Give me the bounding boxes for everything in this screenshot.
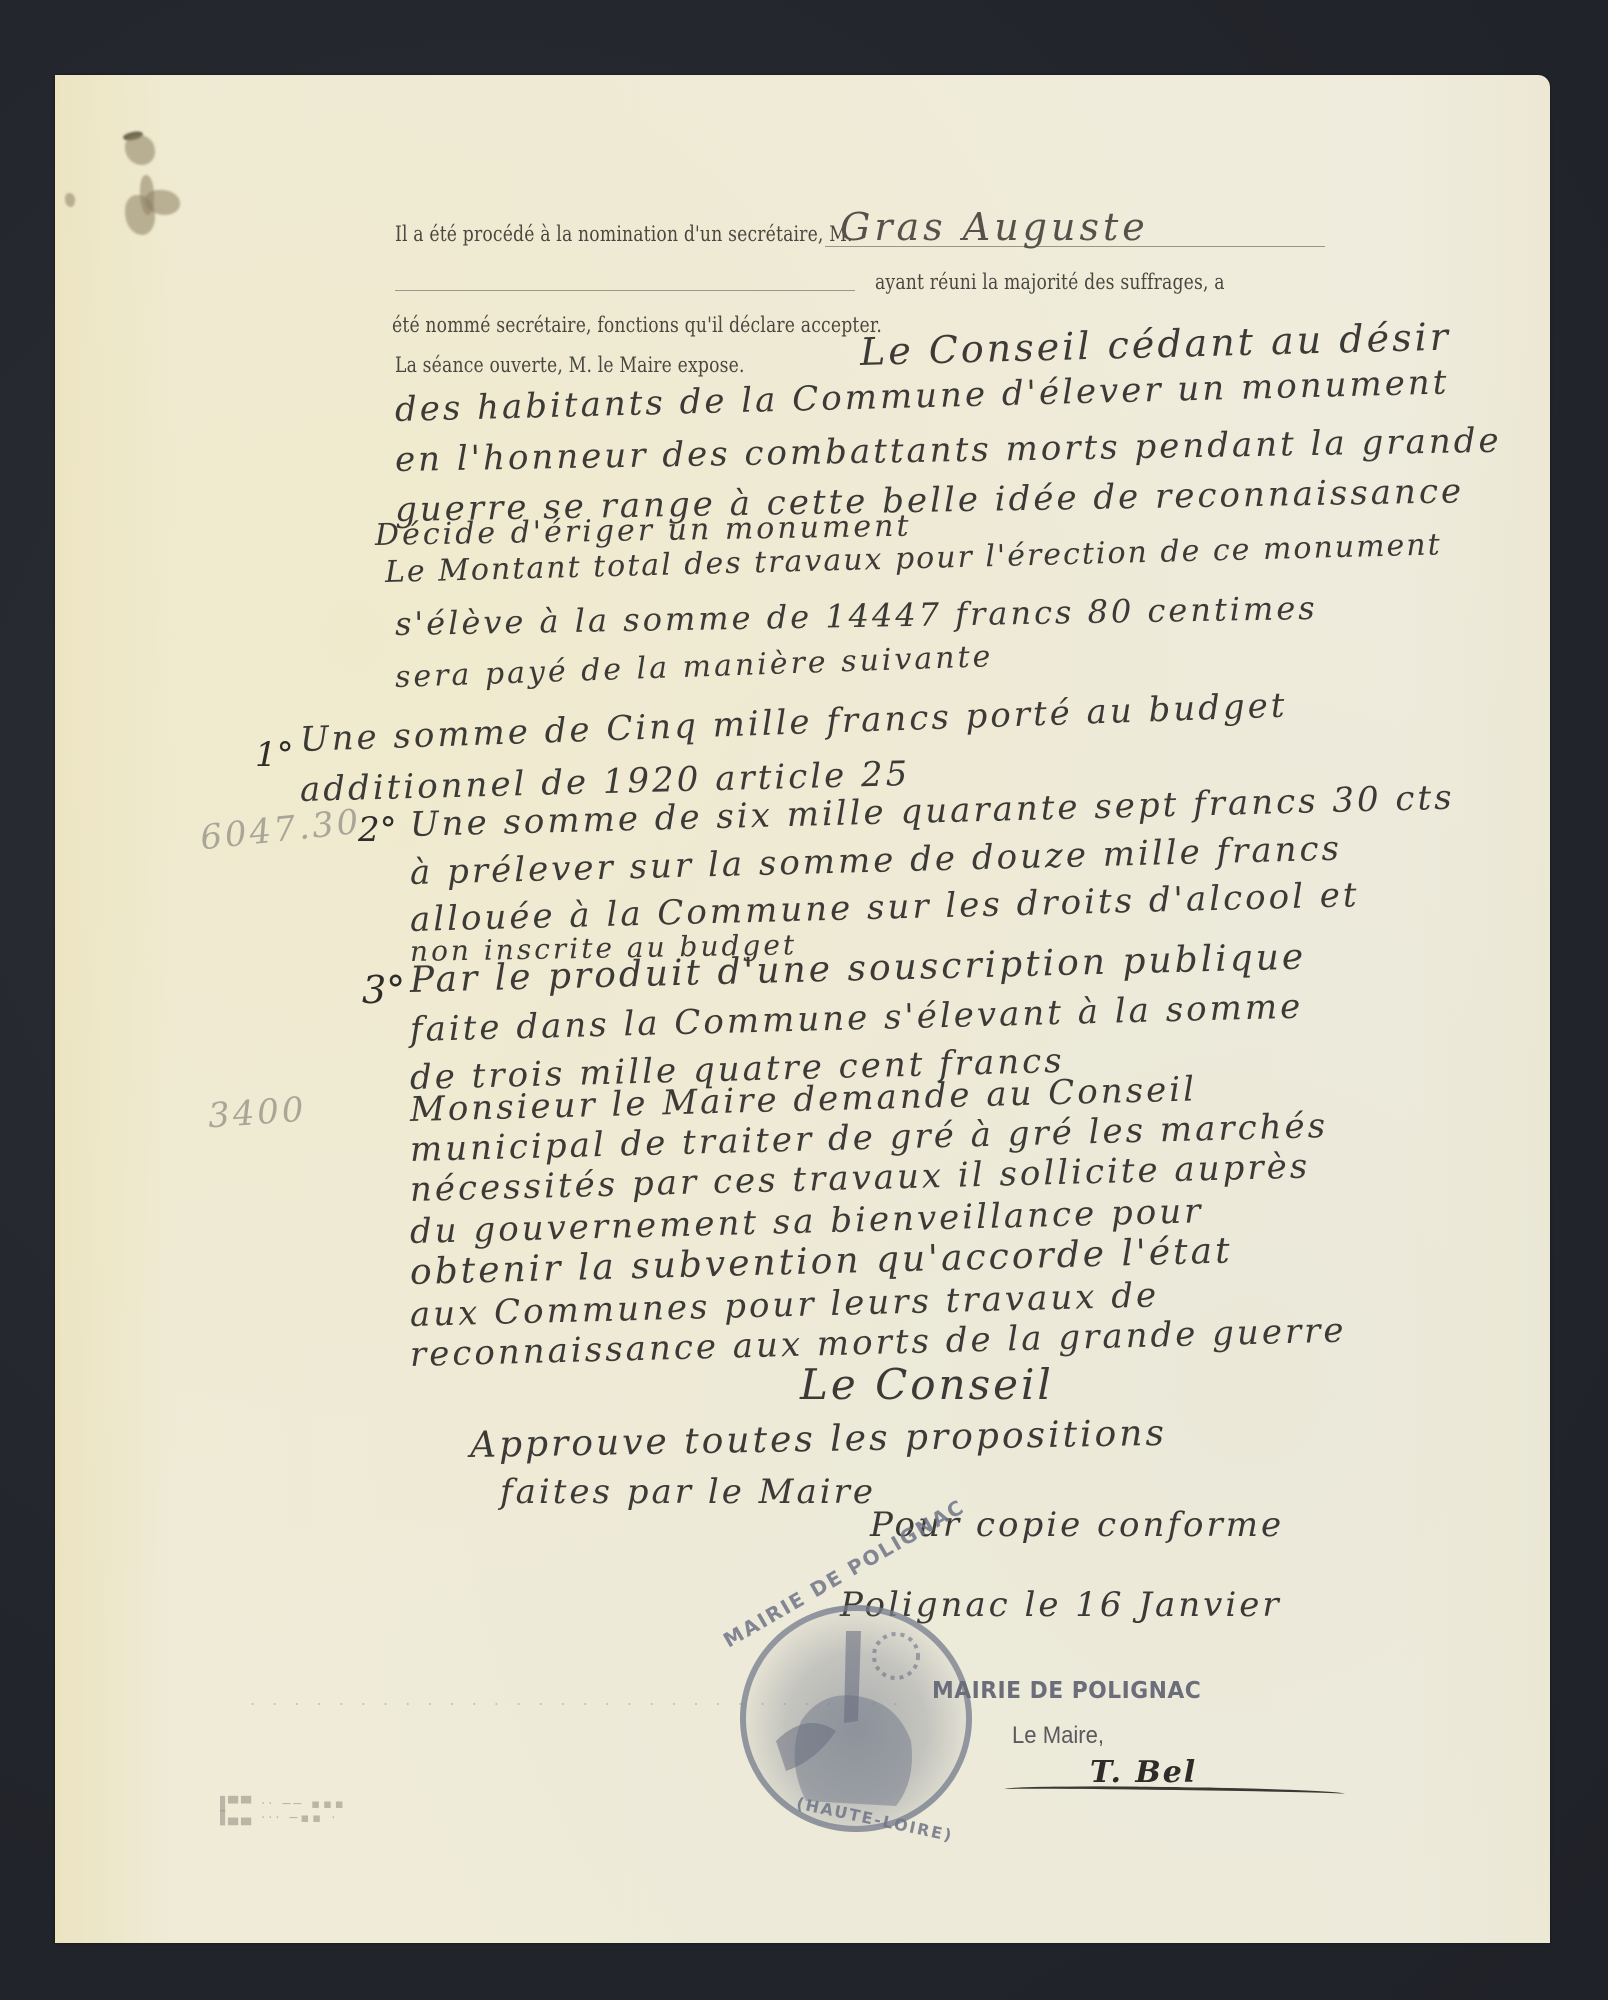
marianne-emblem-icon: [746, 1611, 956, 1816]
mairie-rect-stamp: MAIRIE DE POLIGNAC: [932, 1678, 1201, 1704]
item-number-1: 1°: [255, 735, 294, 775]
council-heading: Le Conseil: [800, 1360, 1054, 1409]
mayor-signature: T. Bel: [1090, 1755, 1197, 1790]
mayor-title: Le Maire,: [1012, 1722, 1104, 1750]
handwritten-line: faites par le Maire: [500, 1472, 876, 1512]
printed-line-secretary: Il a été procédé à la nomination d'un se…: [395, 222, 853, 246]
printed-line-session: La séance ouverte, M. le Maire expose.: [395, 353, 745, 377]
faded-printer-mark: ▐▀▀ ·· ── ▪▪▪▐▄▄ ··· ─▪▪ ·: [215, 1798, 347, 1826]
water-stain: [65, 193, 75, 207]
secretary-fill-line-2: [395, 290, 855, 291]
water-stain: [140, 175, 154, 215]
secretary-name: Gras Auguste: [840, 205, 1149, 249]
printed-line-majority: ayant réuni la majorité des suffrages, a: [875, 270, 1225, 294]
water-stain: [125, 135, 155, 165]
item-number-2: 2°: [358, 810, 397, 850]
margin-note-amount: 3400: [207, 1090, 308, 1137]
mairie-round-stamp: [740, 1605, 972, 1832]
printed-line-accepted: été nommé secrétaire, fonctions qu'il dé…: [392, 313, 882, 337]
item-number-3: 3°: [362, 968, 405, 1012]
